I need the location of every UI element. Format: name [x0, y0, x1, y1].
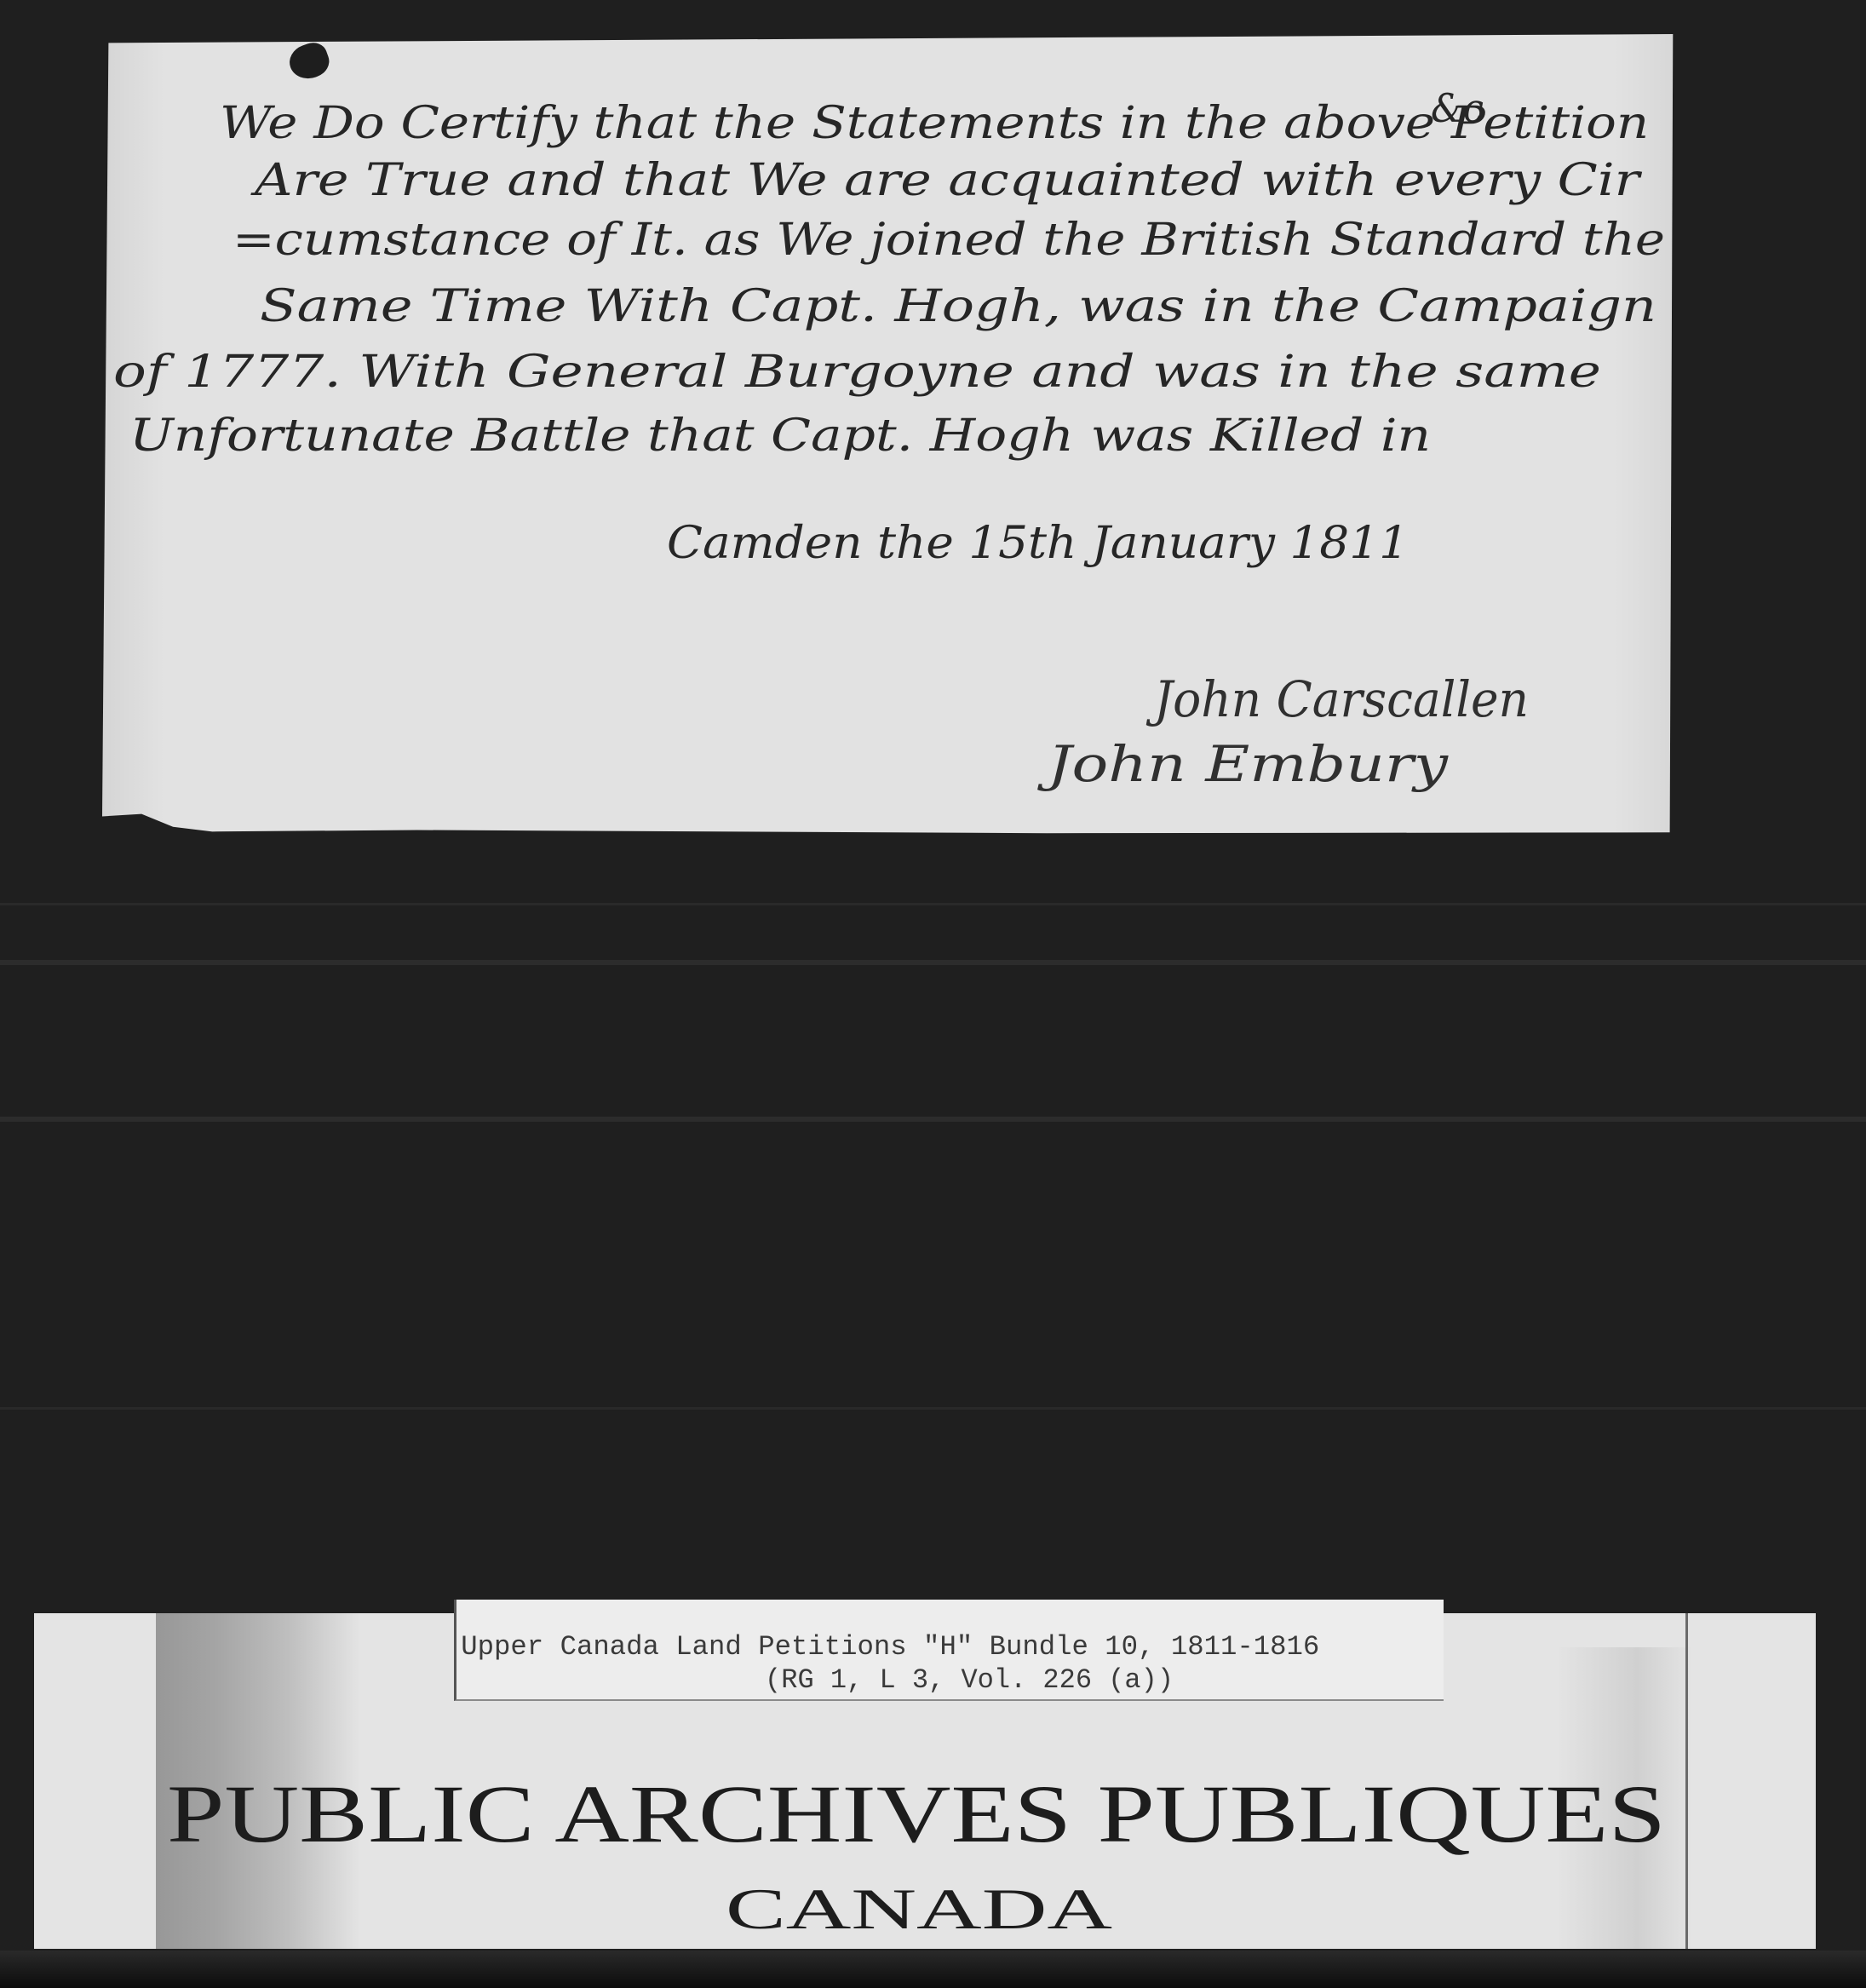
manuscript-line: Unfortunate Battle that Capt. Hogh was K…: [129, 414, 1431, 458]
film-band: [0, 1407, 1866, 1410]
manuscript-line: of 1777. With General Burgoyne and was i…: [113, 350, 1601, 394]
date-line: Camden the 15th January 1811: [667, 521, 1409, 566]
signature-embury: John Embury: [1048, 739, 1448, 789]
signature-carscallen: John Carscallen: [1154, 675, 1529, 724]
stamp-title: PUBLIC ARCHIVES PUBLIQUES: [167, 1773, 1666, 1855]
manuscript-line: =cumstance of It. as We joined the Briti…: [233, 218, 1665, 262]
film-edge: [0, 1951, 1866, 1988]
card-fold: [1685, 1613, 1688, 1949]
sticker-line-title: Upper Canada Land Petitions "H" Bundle 1…: [461, 1634, 1319, 1661]
sticker-line-reference: (RG 1, L 3, Vol. 226 (a)): [765, 1667, 1174, 1694]
ink-blot: [285, 38, 334, 83]
manuscript-line: Same Time With Capt. Hogh, was in the Ca…: [260, 284, 1656, 329]
stamp-country: CANADA: [726, 1880, 1112, 1938]
film-band: [0, 1117, 1866, 1122]
etcetera-annotation: &c: [1431, 89, 1484, 128]
film-band: [0, 903, 1866, 905]
film-band: [0, 960, 1866, 965]
manuscript-line: Are True and that We are acquainted with…: [255, 158, 1639, 203]
